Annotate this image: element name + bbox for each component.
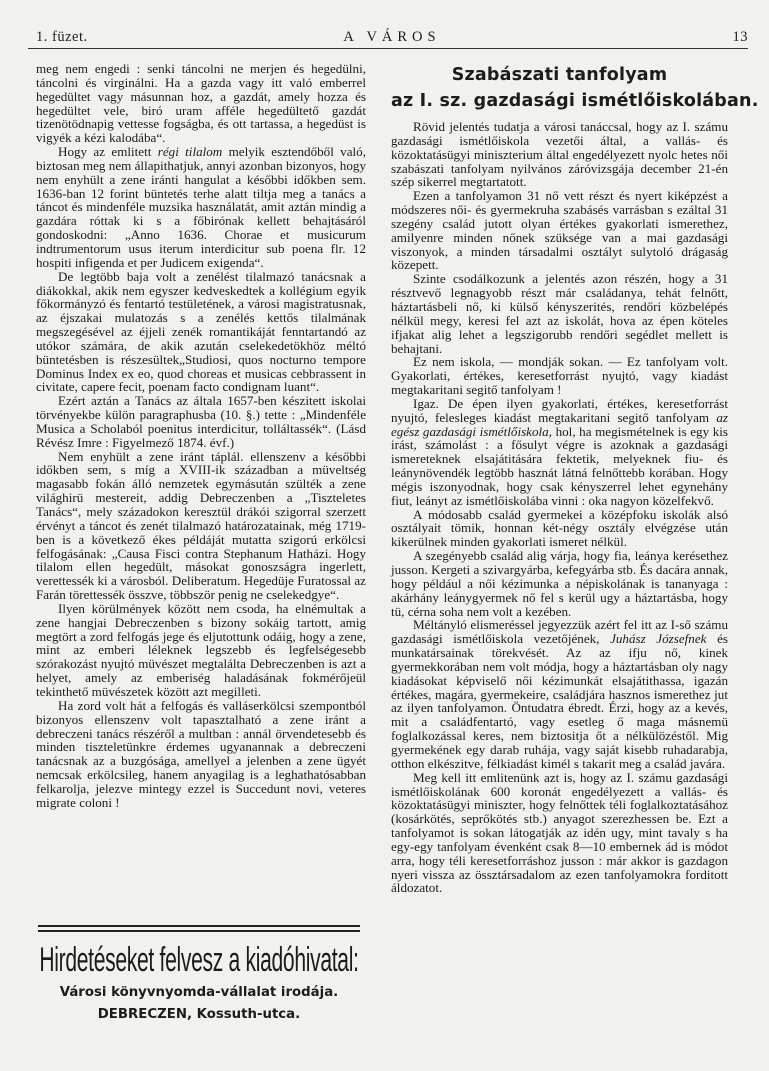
ad-rule [38,925,360,927]
paragraph: Ilyen körülmények között nem csoda, ha e… [36,602,366,699]
header-rule [28,48,748,49]
paragraph: Szinte csodálkozunk a jelentés azon rész… [391,272,728,355]
article-title: Szabászati tanfolyam az I. sz. gazdasági… [391,62,728,114]
paragraph: Nem enyhült a zene iránt táplál. ellensz… [36,450,366,602]
paragraph: De legtöbb baja volt a zenélést tilalmaz… [36,270,366,395]
emphasis: régi tilalom [158,144,223,159]
advertisement: Hirdetéseket felvesz a kiadóhivatal: Vár… [38,925,360,1026]
paragraph: Ha zord volt hát a felfogás és valláserk… [36,699,366,810]
paragraph: Ez nem iskola, — mondják sokan. — Ez tan… [391,355,728,397]
ad-rule [38,930,360,932]
emphasis: Juhász Józsefnek [610,631,706,646]
paragraph: A szegényebb család alig várja, hogy fia… [391,549,728,618]
paragraph: meg nem engedi : senki táncolni ne merje… [36,62,366,145]
left-column: meg nem engedi : senki táncolni ne merje… [36,62,366,810]
ad-headline: Hirdetéseket felvesz a kiadóhivatal: [37,938,361,982]
emphasis: az egész gazdasági ismétlőiskola [391,410,728,439]
running-head: 1. füzet. A VÁROS 13 [36,27,748,47]
article-title-line-2: az I. sz. gazdasági ismétlőiskolában. [391,88,728,114]
paragraph: Hogy az emlitett régi tilalom melyik esz… [36,145,366,270]
paragraph: Ezen a tanfolyamon 31 nő vett részt és n… [391,189,728,272]
paragraph: Igaz. De épen ilyen gyakorlati, értékes,… [391,397,728,508]
paragraph: Meg kell itt emlitenünk azt is, hogy az … [391,771,728,896]
paragraph: Ezért aztán a Tanács az általa 1657-ben … [36,394,366,449]
newspaper-page: 1. füzet. A VÁROS 13 meg nem engedi : se… [0,0,769,1071]
article-title-line-1: Szabászati tanfolyam [391,62,728,88]
right-column: Szabászati tanfolyam az I. sz. gazdasági… [391,62,728,895]
ad-address: DEBRECZEN, Kossuth-utca. [38,1004,360,1026]
paragraph: A módosabb család gyermekei a középfoku … [391,508,728,550]
page-number: 13 [733,29,749,46]
paragraph: Méltányló elismeréssel jegyezzük azért f… [391,618,728,770]
ad-publisher: Városi könyvnyomda-vállalat irodája. [38,982,360,1004]
paragraph: Rövid jelentés tudatja a városi tanáccsa… [391,120,728,189]
publication-title: A VÁROS [36,29,748,46]
